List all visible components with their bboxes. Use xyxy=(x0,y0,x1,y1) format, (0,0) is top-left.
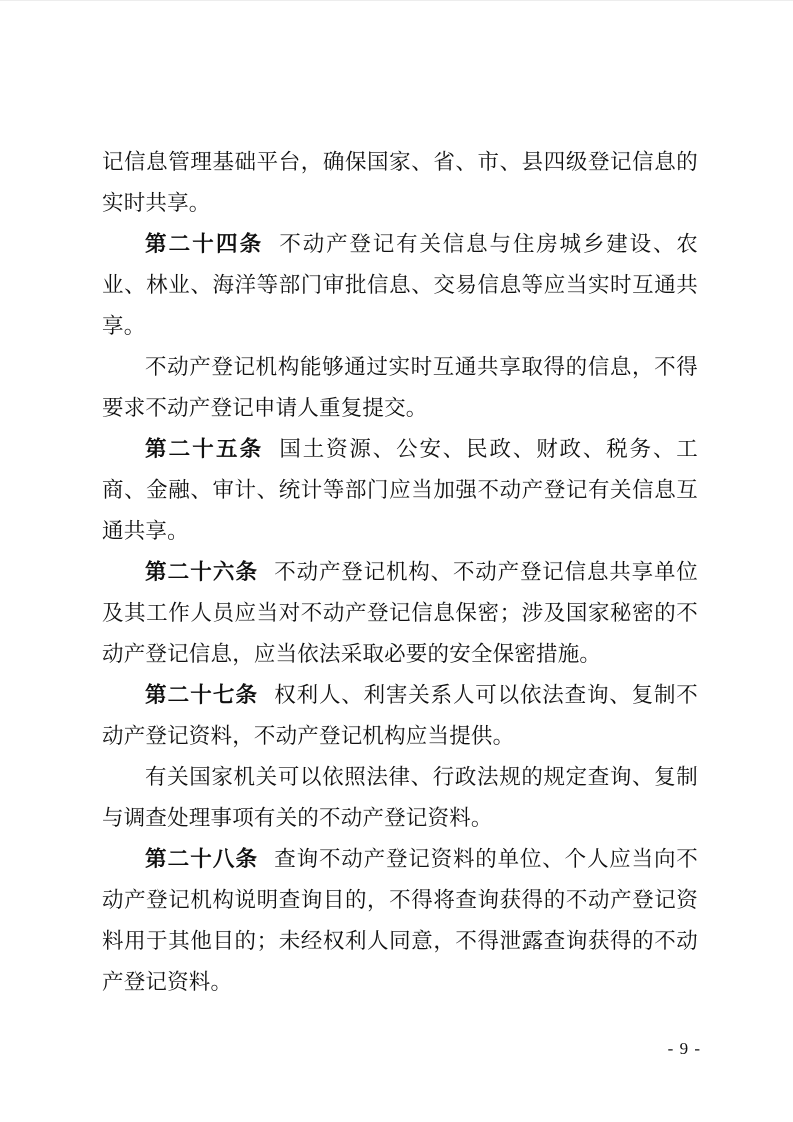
paragraph-continuation: 记信息管理基础平台，确保国家、省、市、县四级登记信息的实时共享。 xyxy=(102,142,698,224)
article-25-paragraph: 第二十五条国土资源、公安、民政、财政、税务、工商、金融、审计、统计等部门应当加强… xyxy=(102,429,698,552)
article-27-paragraph: 第二十七条权利人、利害关系人可以依法查询、复制不动产登记资料，不动产登记机构应当… xyxy=(102,675,698,757)
document-page: 记信息管理基础平台，确保国家、省、市、县四级登记信息的实时共享。 第二十四条不动… xyxy=(0,0,793,1122)
paragraph-plain: 有关国家机关可以依照法律、行政法规的规定查询、复制与调查处理事项有关的不动产登记… xyxy=(102,757,698,839)
paragraph-plain: 不动产登记机构能够通过实时互通共享取得的信息，不得要求不动产登记申请人重复提交。 xyxy=(102,347,698,429)
paragraph-text: 记信息管理基础平台，确保国家、省、市、县四级登记信息的实时共享。 xyxy=(102,150,698,215)
article-25-number: 第二十五条 xyxy=(145,437,263,461)
page-number: - 9 - xyxy=(668,1037,701,1061)
paragraph-text: 有关国家机关可以依照法律、行政法规的规定查询、复制与调查处理事项有关的不动产登记… xyxy=(102,765,698,830)
article-26-paragraph: 第二十六条不动产登记机构、不动产登记信息共享单位及其工作人员应当对不动产登记信息… xyxy=(102,552,698,675)
article-28-number: 第二十八条 xyxy=(145,847,258,871)
paragraph-text: 不动产登记机构能够通过实时互通共享取得的信息，不得要求不动产登记申请人重复提交。 xyxy=(102,355,698,420)
article-27-number: 第二十七条 xyxy=(145,683,258,707)
article-28-paragraph: 第二十八条查询不动产登记资料的单位、个人应当向不动产登记机构说明查询目的，不得将… xyxy=(102,839,698,1003)
article-24-number: 第二十四条 xyxy=(145,232,263,256)
article-24-paragraph: 第二十四条不动产登记有关信息与住房城乡建设、农业、林业、海洋等部门审批信息、交易… xyxy=(102,224,698,347)
article-26-number: 第二十六条 xyxy=(145,560,258,584)
document-body: 记信息管理基础平台，确保国家、省、市、县四级登记信息的实时共享。 第二十四条不动… xyxy=(102,142,698,1003)
